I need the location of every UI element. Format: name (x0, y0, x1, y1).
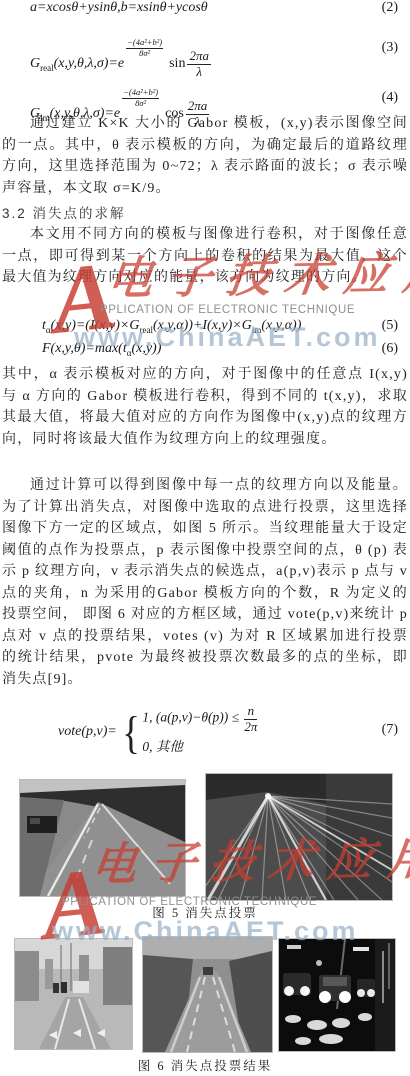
equation-5-body: tα(x,y)=(I(x,y)×Greal(x,y,α))+I(x,y)×Gim… (42, 318, 301, 333)
paper-page: a=xcosθ+ysinθ,b=xsinθ+ycosθ (2) Greal(x,… (0, 0, 410, 1076)
exponent-fraction: −(4a²+b²)8σ² (122, 88, 159, 109)
figure6-caption: 图 6 消失点投票结果 (0, 1056, 410, 1074)
equation-6-body: F(x,y,θ)=max(tα(x,y)) (42, 341, 161, 356)
figure6-night-street-photo (279, 939, 395, 1051)
equation-5-number: (5) (382, 318, 398, 334)
equation-7: vote(p,v)= { 1, (a(p,v)−θ(p)) ≤ n2π 0, 其… (0, 700, 410, 764)
equation-3: Greal(x,y,θ,λ,σ)=e−(4a²+b²)8σ²sin2πaλ (3… (0, 38, 410, 79)
figure5-voting-rays-photo (206, 774, 392, 900)
equation-6: F(x,y,θ)=max(tα(x,y)) (6) (0, 341, 410, 358)
left-brace: { (123, 706, 141, 759)
inline-fraction: 2πaλ (187, 49, 211, 79)
case-1: 1, (a(p,v)−θ(p)) ≤ n2π (142, 704, 259, 734)
road-scene-graphic (20, 780, 185, 896)
equation-2-number: (2) (382, 0, 398, 16)
day-street-graphic (15, 939, 132, 1049)
equation-7-number: (7) (382, 722, 398, 738)
inline-fraction: n2π (244, 704, 257, 734)
paragraph-convolution: 本文用不同方向的模板与图像进行卷积，对于图像任意一点，即可得到某一个方向上的卷积… (2, 224, 408, 312)
vanishing-point-rays-graphic (206, 774, 392, 900)
exponent-fraction: −(4a²+b²)8σ² (126, 38, 163, 59)
day-road-graphic (143, 937, 272, 1052)
section-heading-3-2: 3.2 消失点的求解 (2, 202, 126, 222)
equation-7-lhs: vote(p,v)= (58, 700, 117, 764)
figure5-road-photo (20, 780, 185, 896)
equation-5: tα(x,y)=(I(x,y)×Greal(x,y,α))+I(x,y)×Gim… (0, 318, 410, 335)
figure6-day-road-photo (143, 937, 272, 1052)
case-2: 0, 其他 (142, 734, 259, 760)
night-street-graphic (279, 939, 395, 1051)
equation-4-number: (4) (382, 90, 398, 106)
paragraph-gabor-template: 通过建立 K×K 大小的 Gabor 模板，(x,y)表示图像空间的一点。其中，… (2, 113, 408, 201)
equation-2-body: a=xcosθ+ysinθ,b=xsinθ+ycosθ (30, 0, 208, 15)
paragraph-voting: 通过计算可以得到图像中每一点的纹理方向以及能量。为了计算出消失点，对图像中选取的… (2, 475, 408, 689)
equation-3-number: (3) (382, 40, 398, 56)
paragraph-alpha-direction: 其中，α 表示模板对应的方向，对于图像中的任意点 I(x,y)与 α 方向的 G… (2, 364, 408, 472)
figure6-day-street-photo (15, 939, 132, 1049)
cases-group: { 1, (a(p,v)−θ(p)) ≤ n2π 0, 其他 (120, 704, 259, 760)
equation-6-number: (6) (382, 341, 398, 357)
figure5-caption: 图 5 消失点投票 (0, 903, 410, 921)
equation-3-body: Greal(x,y,θ,λ,σ)=e−(4a²+b²)8σ²sin2πaλ (30, 56, 213, 71)
equation-2: a=xcosθ+ysinθ,b=xsinθ+ycosθ (2) (0, 0, 410, 16)
